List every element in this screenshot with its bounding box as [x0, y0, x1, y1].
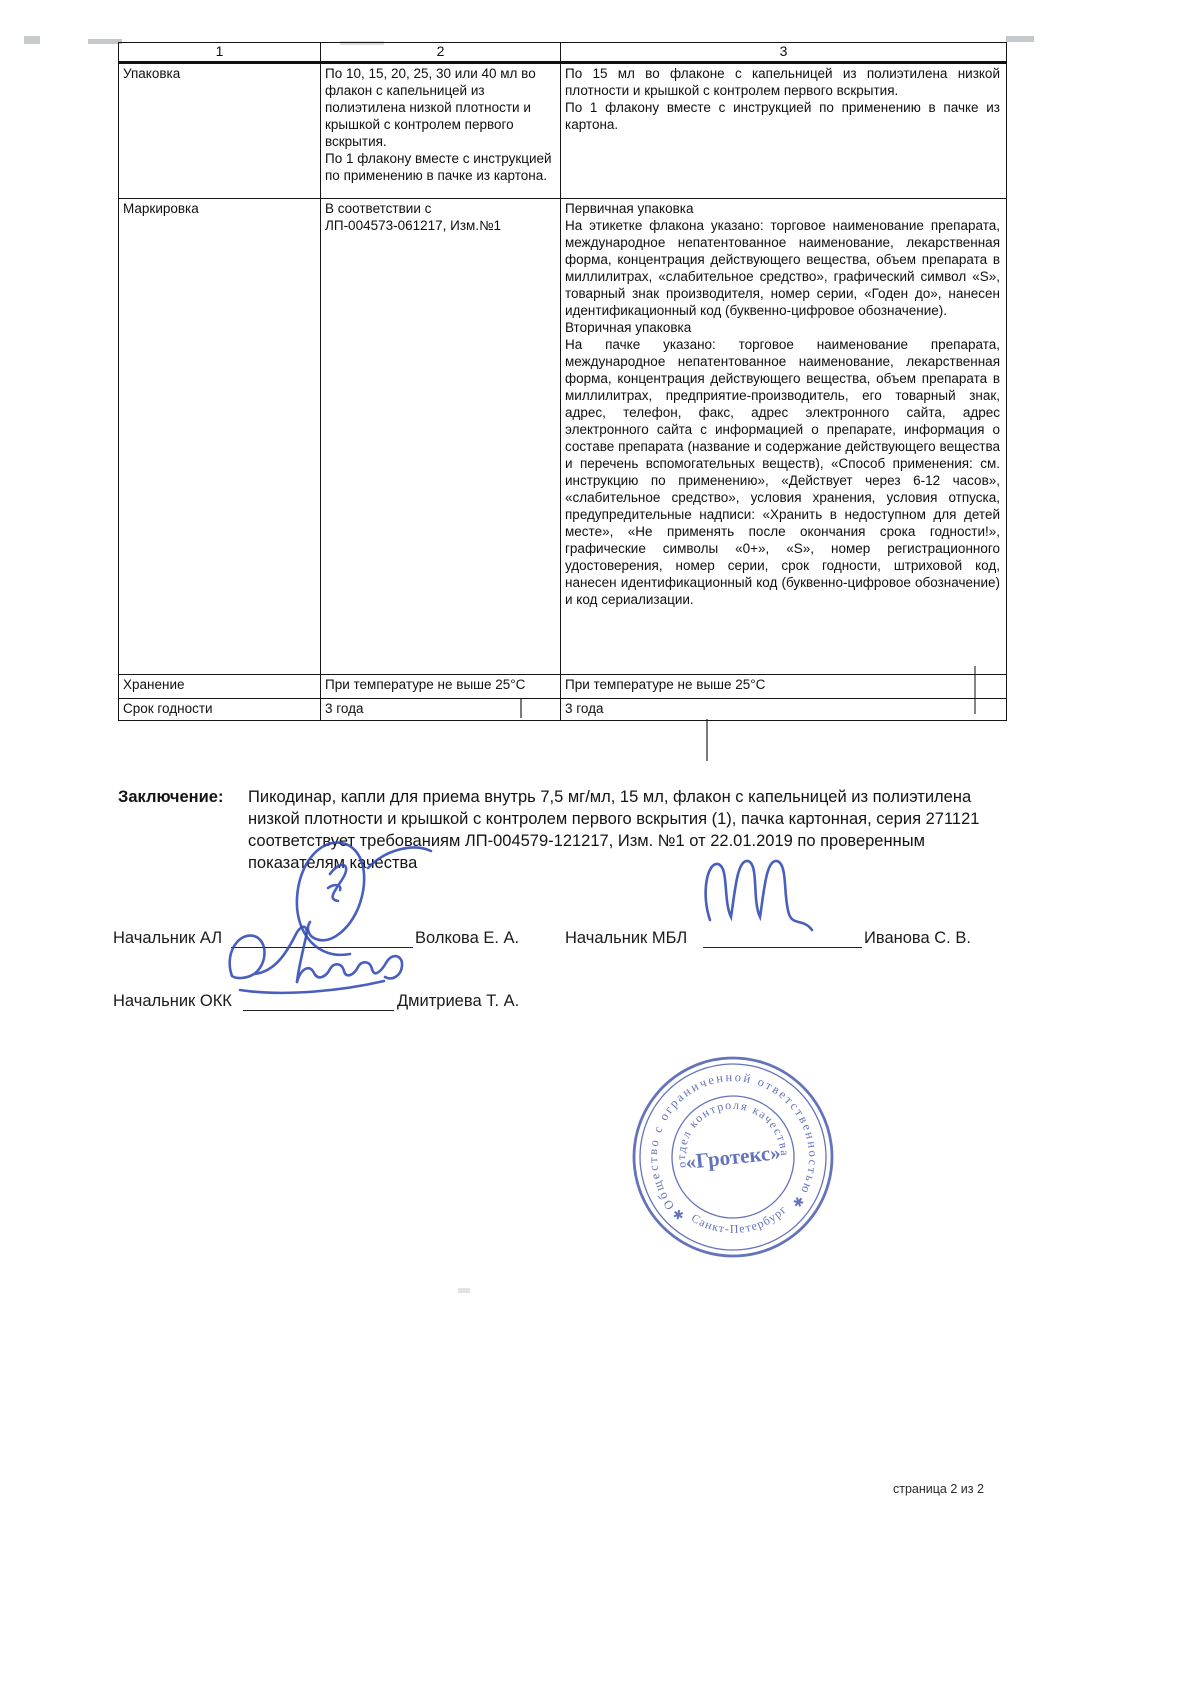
column-header-2: 2 [321, 43, 561, 63]
column-header-3: 3 [561, 43, 1007, 63]
scan-artifact [458, 1288, 470, 1293]
cell-marking-actual: Первичная упаковка На этикетке флакона у… [561, 199, 1007, 675]
table-row-shelf-life: Срок годности 3 года 3 года [119, 699, 1007, 721]
table-row-packaging: Упаковка По 10, 15, 20, 25, 30 или 40 мл… [119, 63, 1007, 199]
document-page: 1 2 3 Упаковка По 10, 15, 20, 25, 30 или… [0, 0, 1200, 1694]
signature-role-al: Начальник АЛ [113, 929, 222, 948]
handwritten-signature-dmitrieva [216, 920, 431, 1010]
signature-role-mbl: Начальник МБЛ [565, 929, 687, 948]
conclusion-label: Заключение: [118, 786, 248, 874]
stamp-star-left: ✱ [669, 1206, 688, 1224]
signature-name-ivanova: Иванова С. В. [864, 929, 971, 948]
table-row-storage: Хранение При температуре не выше 25°С Пр… [119, 675, 1007, 699]
scan-artifact [706, 719, 708, 761]
cell-marking-registered: В соответствии с ЛП-004573-061217, Изм.№… [321, 199, 561, 675]
scan-artifact [1006, 36, 1034, 42]
cell-shelf-life-actual: 3 года [561, 699, 1007, 721]
stamp-star-right: ✱ [789, 1193, 807, 1212]
cell-storage-actual: При температуре не выше 25°С [561, 675, 1007, 699]
row-label: Маркировка [119, 199, 321, 675]
column-header-1: 1 [119, 43, 321, 63]
signature-line [243, 1010, 394, 1011]
row-label: Срок годности [119, 699, 321, 721]
handwritten-signature-ivanova [698, 852, 833, 952]
page-number: страница 2 из 2 [893, 1482, 984, 1496]
cell-packaging-actual: По 15 мл во флаконе с капельницей из пол… [561, 63, 1007, 199]
cell-storage-registered: При температуре не выше 25°С [321, 675, 561, 699]
signature-role-okk: Начальник ОКК [113, 992, 232, 1011]
cell-shelf-life-registered: 3 года [321, 699, 561, 721]
cell-packaging-registered: По 10, 15, 20, 25, 30 или 40 мл во флако… [321, 63, 561, 199]
conclusion-block: Заключение: Пикодинар, капли для приема … [118, 786, 1002, 874]
stamp-bottom-text: Санкт-Петербург [688, 1201, 792, 1241]
row-label: Упаковка [119, 63, 321, 199]
row-label: Хранение [119, 675, 321, 699]
scan-artifact [88, 39, 122, 44]
table-row-marking: Маркировка В соответствии с ЛП-004573-06… [119, 199, 1007, 675]
stamp-center-text: «Гротекс» [684, 1140, 781, 1174]
scan-artifact [24, 36, 40, 44]
table-header-row: 1 2 3 [119, 43, 1007, 63]
spec-table: 1 2 3 Упаковка По 10, 15, 20, 25, 30 или… [118, 42, 1007, 721]
company-stamp: Общество с ограниченной ответственностью… [618, 1042, 848, 1272]
